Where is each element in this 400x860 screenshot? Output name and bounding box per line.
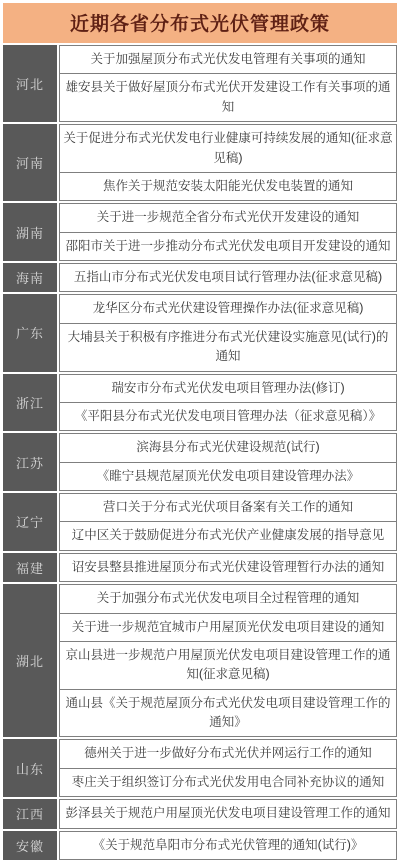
policies-column: 关于加强屋顶分布式光伏发电管理有关事项的通知雄安县关于做好屋顶分布式光伏开发建设… xyxy=(59,45,397,122)
province-cell: 江西 xyxy=(3,799,57,828)
province-cell: 辽宁 xyxy=(3,493,57,551)
province-group-row: 辽宁营口关于分布式光伏项目备案有关工作的通知辽中区关于鼓励促进分布式光伏产业健康… xyxy=(3,493,397,551)
province-cell: 江苏 xyxy=(3,433,57,491)
policy-table: 河北关于加强屋顶分布式光伏发电管理有关事项的通知雄安县关于做好屋顶分布式光伏开发… xyxy=(3,45,397,860)
policy-cell: 关于进一步规范宜城市户用屋顶光伏发电项目建设的通知 xyxy=(59,614,397,642)
province-group-row: 安徽《关于规范阜阳市分布式光伏管理的通知(试行)》 xyxy=(3,831,397,860)
policies-column: 彭泽县关于规范户用屋顶光伏发电项目建设管理工作的通知 xyxy=(59,799,397,828)
province-cell: 湖南 xyxy=(3,203,57,261)
province-cell: 福建 xyxy=(3,553,57,582)
policy-cell: 五指山市分布式光伏发电项目试行管理办法(征求意见稿) xyxy=(59,263,397,292)
province-group-row: 河北关于加强屋顶分布式光伏发电管理有关事项的通知雄安县关于做好屋顶分布式光伏开发… xyxy=(3,45,397,122)
policy-cell: 龙华区分布式光伏建设管理操作办法(征求意见稿) xyxy=(59,294,397,323)
policies-column: 关于加强分布式光伏发电项目全过程管理的通知关于进一步规范宜城市户用屋顶光伏发电项… xyxy=(59,584,397,737)
province-cell: 河北 xyxy=(3,45,57,122)
policy-cell: 关于进一步规范全省分布式光伏开发建设的通知 xyxy=(59,203,397,232)
province-group-row: 山东德州关于进一步做好分布式光伏并网运行工作的通知枣庄关于组织签订分布式光伏发用… xyxy=(3,739,397,797)
policy-cell: 京山县进一步规范户用屋顶光伏发电项目建设管理工作的通知(征求意见稿) xyxy=(59,642,397,690)
province-cell: 海南 xyxy=(3,263,57,292)
policies-column: 营口关于分布式光伏项目备案有关工作的通知辽中区关于鼓励促进分布式光伏产业健康发展… xyxy=(59,493,397,551)
policy-cell: 滨海县分布式光伏建设规范(试行) xyxy=(59,433,397,462)
province-cell: 湖北 xyxy=(3,584,57,737)
policies-column: 关于进一步规范全省分布式光伏开发建设的通知邵阳市关于进一步推动分布式光伏发电项目… xyxy=(59,203,397,261)
province-group-row: 福建诏安县整县推进屋顶分布式光伏建设管理暂行办法的通知 xyxy=(3,553,397,582)
province-cell: 河南 xyxy=(3,124,57,201)
province-group-row: 江西彭泽县关于规范户用屋顶光伏发电项目建设管理工作的通知 xyxy=(3,799,397,828)
province-group-row: 河南关于促进分布式光伏发电行业健康可持续发展的通知(征求意见稿)焦作关于规范安装… xyxy=(3,124,397,201)
policy-cell: 大埔县关于积极有序推进分布式光伏建设实施意见(试行)的通知 xyxy=(59,324,397,372)
policies-column: 《关于规范阜阳市分布式光伏管理的通知(试行)》 xyxy=(59,831,397,860)
policies-column: 五指山市分布式光伏发电项目试行管理办法(征求意见稿) xyxy=(59,263,397,292)
policy-cell: 《睢宁县规范屋顶光伏发电项目建设管理办法》 xyxy=(59,463,397,491)
policy-cell: 德州关于进一步做好分布式光伏并网运行工作的通知 xyxy=(59,739,397,768)
province-cell: 安徽 xyxy=(3,831,57,860)
province-group-row: 浙江瑞安市分布式光伏发电项目管理办法(修订)《平阳县分布式光伏发电项目管理办法（… xyxy=(3,374,397,432)
province-cell: 山东 xyxy=(3,739,57,797)
policies-column: 瑞安市分布式光伏发电项目管理办法(修订)《平阳县分布式光伏发电项目管理办法（征求… xyxy=(59,374,397,432)
province-group-row: 江苏滨海县分布式光伏建设规范(试行)《睢宁县规范屋顶光伏发电项目建设管理办法》 xyxy=(3,433,397,491)
policy-cell: 关于加强屋顶分布式光伏发电管理有关事项的通知 xyxy=(59,45,397,74)
policy-cell: 《平阳县分布式光伏发电项目管理办法（征求意见稿）》 xyxy=(59,403,397,431)
province-group-row: 湖南关于进一步规范全省分布式光伏开发建设的通知邵阳市关于进一步推动分布式光伏发电… xyxy=(3,203,397,261)
policy-cell: 瑞安市分布式光伏发电项目管理办法(修订) xyxy=(59,374,397,403)
policies-column: 诏安县整县推进屋顶分布式光伏建设管理暂行办法的通知 xyxy=(59,553,397,582)
policy-cell: 通山县《关于规范屋顶分布式光伏发电项目建设管理工作的通知》 xyxy=(59,690,397,738)
policy-cell: 《关于规范阜阳市分布式光伏管理的通知(试行)》 xyxy=(59,831,397,860)
policy-cell: 关于加强分布式光伏发电项目全过程管理的通知 xyxy=(59,584,397,613)
province-group-row: 海南五指山市分布式光伏发电项目试行管理办法(征求意见稿) xyxy=(3,263,397,292)
policies-column: 滨海县分布式光伏建设规范(试行)《睢宁县规范屋顶光伏发电项目建设管理办法》 xyxy=(59,433,397,491)
policy-cell: 焦作关于规范安装太阳能光伏发电装置的通知 xyxy=(59,173,397,201)
policy-cell: 辽中区关于鼓励促进分布式光伏产业健康发展的指导意见 xyxy=(59,522,397,550)
policy-cell: 诏安县整县推进屋顶分布式光伏建设管理暂行办法的通知 xyxy=(59,553,397,582)
policy-cell: 彭泽县关于规范户用屋顶光伏发电项目建设管理工作的通知 xyxy=(59,799,397,828)
policies-column: 龙华区分布式光伏建设管理操作办法(征求意见稿)大埔县关于积极有序推进分布式光伏建… xyxy=(59,294,397,371)
province-group-row: 广东龙华区分布式光伏建设管理操作办法(征求意见稿)大埔县关于积极有序推进分布式光… xyxy=(3,294,397,371)
page: 近期各省分布式光伏管理政策 河北关于加强屋顶分布式光伏发电管理有关事项的通知雄安… xyxy=(0,0,400,776)
province-group-row: 湖北关于加强分布式光伏发电项目全过程管理的通知关于进一步规范宜城市户用屋顶光伏发… xyxy=(3,584,397,737)
policy-cell: 雄安县关于做好屋顶分布式光伏开发建设工作有关事项的通知 xyxy=(59,74,397,122)
policy-cell: 关于促进分布式光伏发电行业健康可持续发展的通知(征求意见稿) xyxy=(59,124,397,173)
policies-column: 关于促进分布式光伏发电行业健康可持续发展的通知(征求意见稿)焦作关于规范安装太阳… xyxy=(59,124,397,201)
page-title: 近期各省分布式光伏管理政策 xyxy=(3,3,397,43)
province-cell: 浙江 xyxy=(3,374,57,432)
policy-cell: 邵阳市关于进一步推动分布式光伏发电项目开发建设的通知 xyxy=(59,233,397,261)
policy-cell: 营口关于分布式光伏项目备案有关工作的通知 xyxy=(59,493,397,522)
policy-cell: 枣庄关于组织签订分布式光伏发用电合同补充协议的通知 xyxy=(59,769,397,797)
policies-column: 德州关于进一步做好分布式光伏并网运行工作的通知枣庄关于组织签订分布式光伏发用电合… xyxy=(59,739,397,797)
province-cell: 广东 xyxy=(3,294,57,371)
